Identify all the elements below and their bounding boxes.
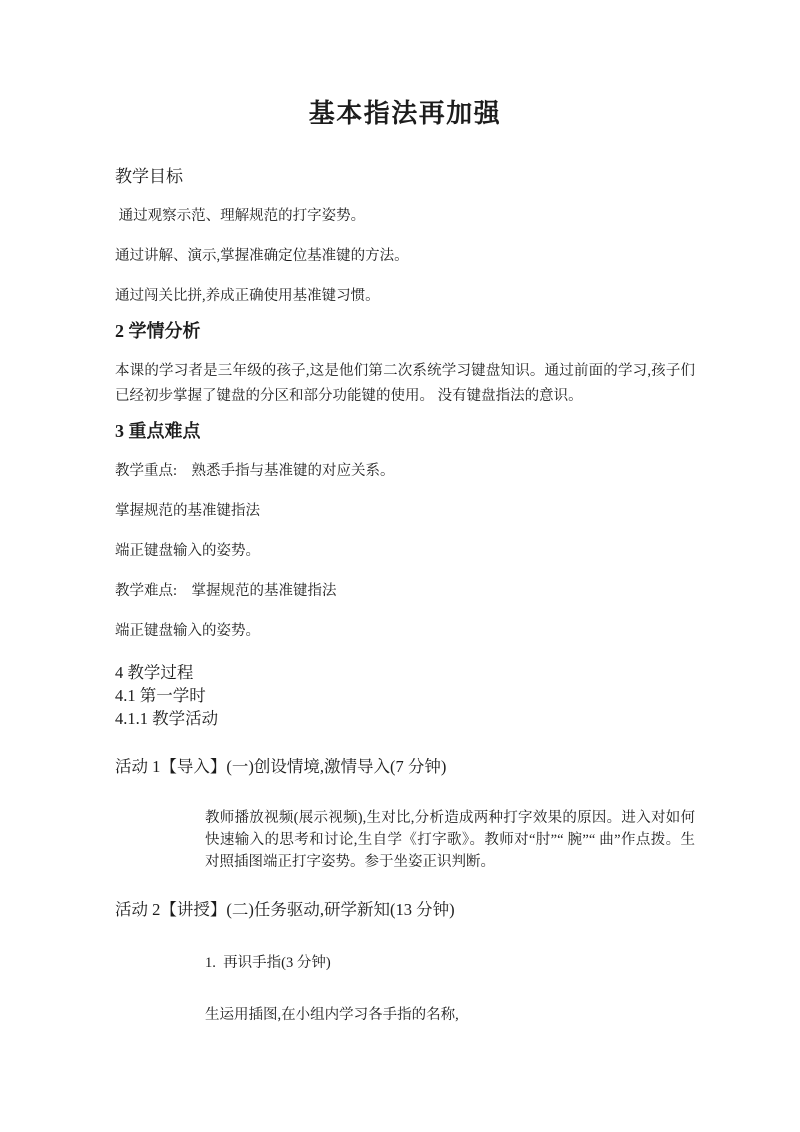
key-point-paragraph-3: 端正键盘输入的姿势。 <box>115 539 695 564</box>
section-heading-teaching-process: 4 教学过程 4.1 第一学时 4.1.1 教学活动 <box>115 661 695 730</box>
key-point-paragraph-4: 教学难点: 掌握规范的基准键指法 <box>115 579 695 604</box>
goal-paragraph-1: 通过观察示范、理解规范的打字姿势。 <box>115 204 695 229</box>
learner-analysis-paragraph: 本课的学习者是三年级的孩子,这是他们第二次系统学习键盘知识。通过前面的学习,孩子… <box>115 359 695 409</box>
process-heading-line-3: 4.1.1 教学活动 <box>115 707 695 730</box>
activity-2-heading: 活动 2【讲授】(二)任务驱动,研学新知(13 分钟) <box>115 898 695 922</box>
activity-1-paragraph: 教师播放视频(展示视频),生对比,分析造成两种打字效果的原因。进入对如何快速输入… <box>205 807 695 873</box>
document-page: 基本指法再加强 教学目标 通过观察示范、理解规范的打字姿势。 通过讲解、演示,掌… <box>0 0 800 1132</box>
activity-2-step-1: 1. 再识手指(3 分钟) <box>205 952 695 974</box>
key-point-paragraph-2: 掌握规范的基准键指法 <box>115 499 695 524</box>
goal-paragraph-2: 通过讲解、演示,掌握准确定位基准键的方法。 <box>115 244 695 269</box>
process-heading-line-2: 4.1 第一学时 <box>115 684 695 707</box>
activity-1-heading: 活动 1【导入】(一)创设情境,激情导入(7 分钟) <box>115 755 695 779</box>
activity-2-paragraph: 生运用插图,在小组内学习各手指的名称, <box>205 1004 695 1026</box>
section-heading-learner-analysis: 2 学情分析 <box>115 318 695 344</box>
key-point-paragraph-1: 教学重点: 熟悉手指与基准键的对应关系。 <box>115 459 695 484</box>
section-heading-key-points: 3 重点难点 <box>115 418 695 444</box>
section-heading-teaching-goals: 教学目标 <box>115 165 695 189</box>
key-point-paragraph-5: 端正键盘输入的姿势。 <box>115 619 695 644</box>
process-heading-line-1: 4 教学过程 <box>115 661 695 684</box>
goal-paragraph-3: 通过闯关比拼,养成正确使用基准键习惯。 <box>115 284 695 309</box>
document-title: 基本指法再加强 <box>115 96 695 132</box>
